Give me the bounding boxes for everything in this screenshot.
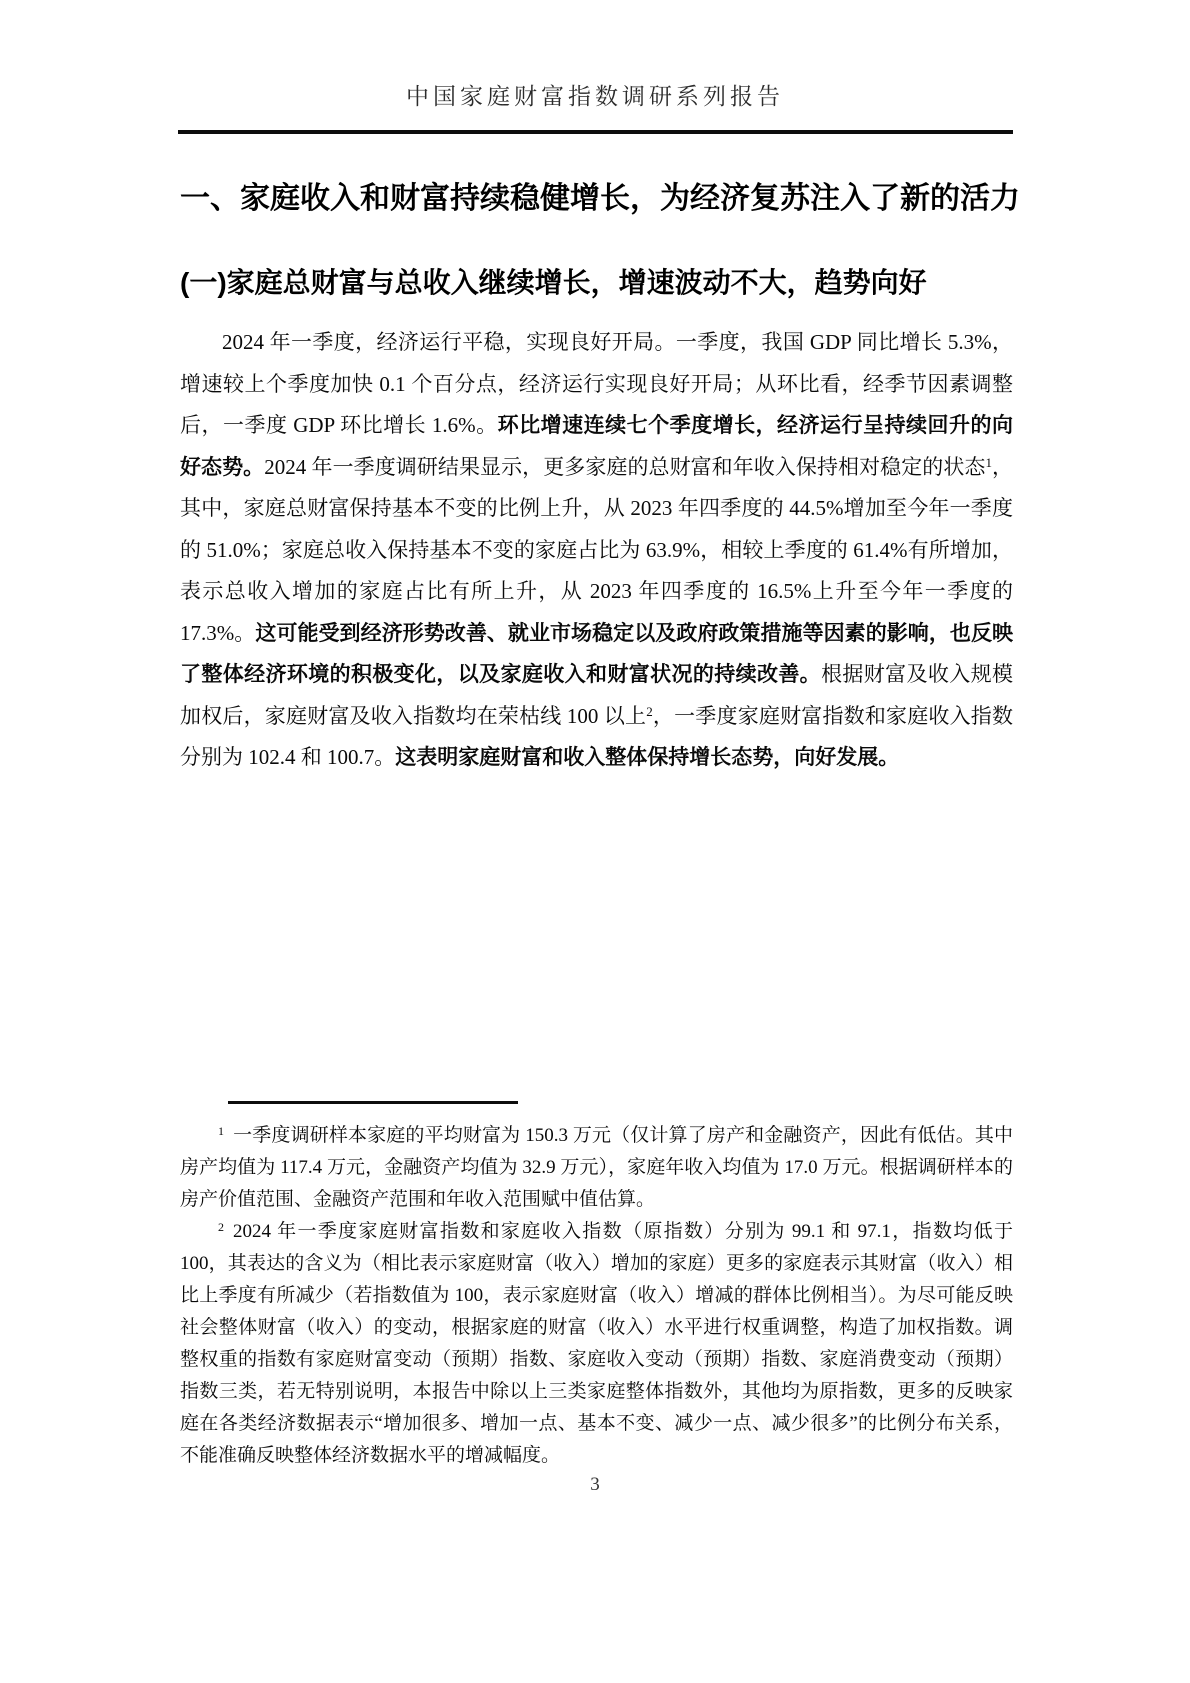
report-header-title: 中国家庭财富指数调研系列报告 [0,82,1190,112]
footnote-1: 1一季度调研样本家庭的平均财富为 150.3 万元（仅计算了房产和金融资产，因此… [180,1120,1013,1216]
footnotes-section: 1一季度调研样本家庭的平均财富为 150.3 万元（仅计算了房产和金融资产，因此… [180,1101,1013,1472]
text-run: 2024 年一季度调研结果显示，更多家庭的总财富和年收入保持相对稳定的状态 [264,455,985,479]
subsection-heading: (一)家庭总财富与总收入继续增长，增速波动不大，趋势向好 [180,263,1040,303]
text-run: ，其中，家庭总财富保持基本不变的比例上升，从 2023 年四季度的 44.5%增… [180,455,1013,645]
document-page: 中国家庭财富指数调研系列报告 一、家庭收入和财富持续稳健增长，为经济复苏注入了新… [0,0,1190,1683]
footnote-2: 22024 年一季度家庭财富指数和家庭收入指数（原指数）分别为 99.1 和 9… [180,1216,1013,1472]
header-divider [178,130,1013,134]
footnote-2-text: 2024 年一季度家庭财富指数和家庭收入指数（原指数）分别为 99.1 和 97… [180,1221,1013,1466]
footnote-1-text: 一季度调研样本家庭的平均财富为 150.3 万元（仅计算了房产和金融资产，因此有… [180,1125,1013,1210]
footnote-2-marker: 2 [218,1220,224,1234]
footnote-1-marker: 1 [218,1124,224,1138]
body-paragraph: 2024 年一季度，经济运行平稳，实现良好开局。一季度，我国 GDP 同比增长 … [180,322,1013,779]
footnote-separator [228,1101,518,1104]
section-heading: 一、家庭收入和财富持续稳健增长，为经济复苏注入了新的活力 [180,178,1020,220]
text-run-bold: 这表明家庭财富和收入整体保持增长态势，向好发展。 [395,746,899,769]
page-number: 3 [0,1474,1190,1496]
